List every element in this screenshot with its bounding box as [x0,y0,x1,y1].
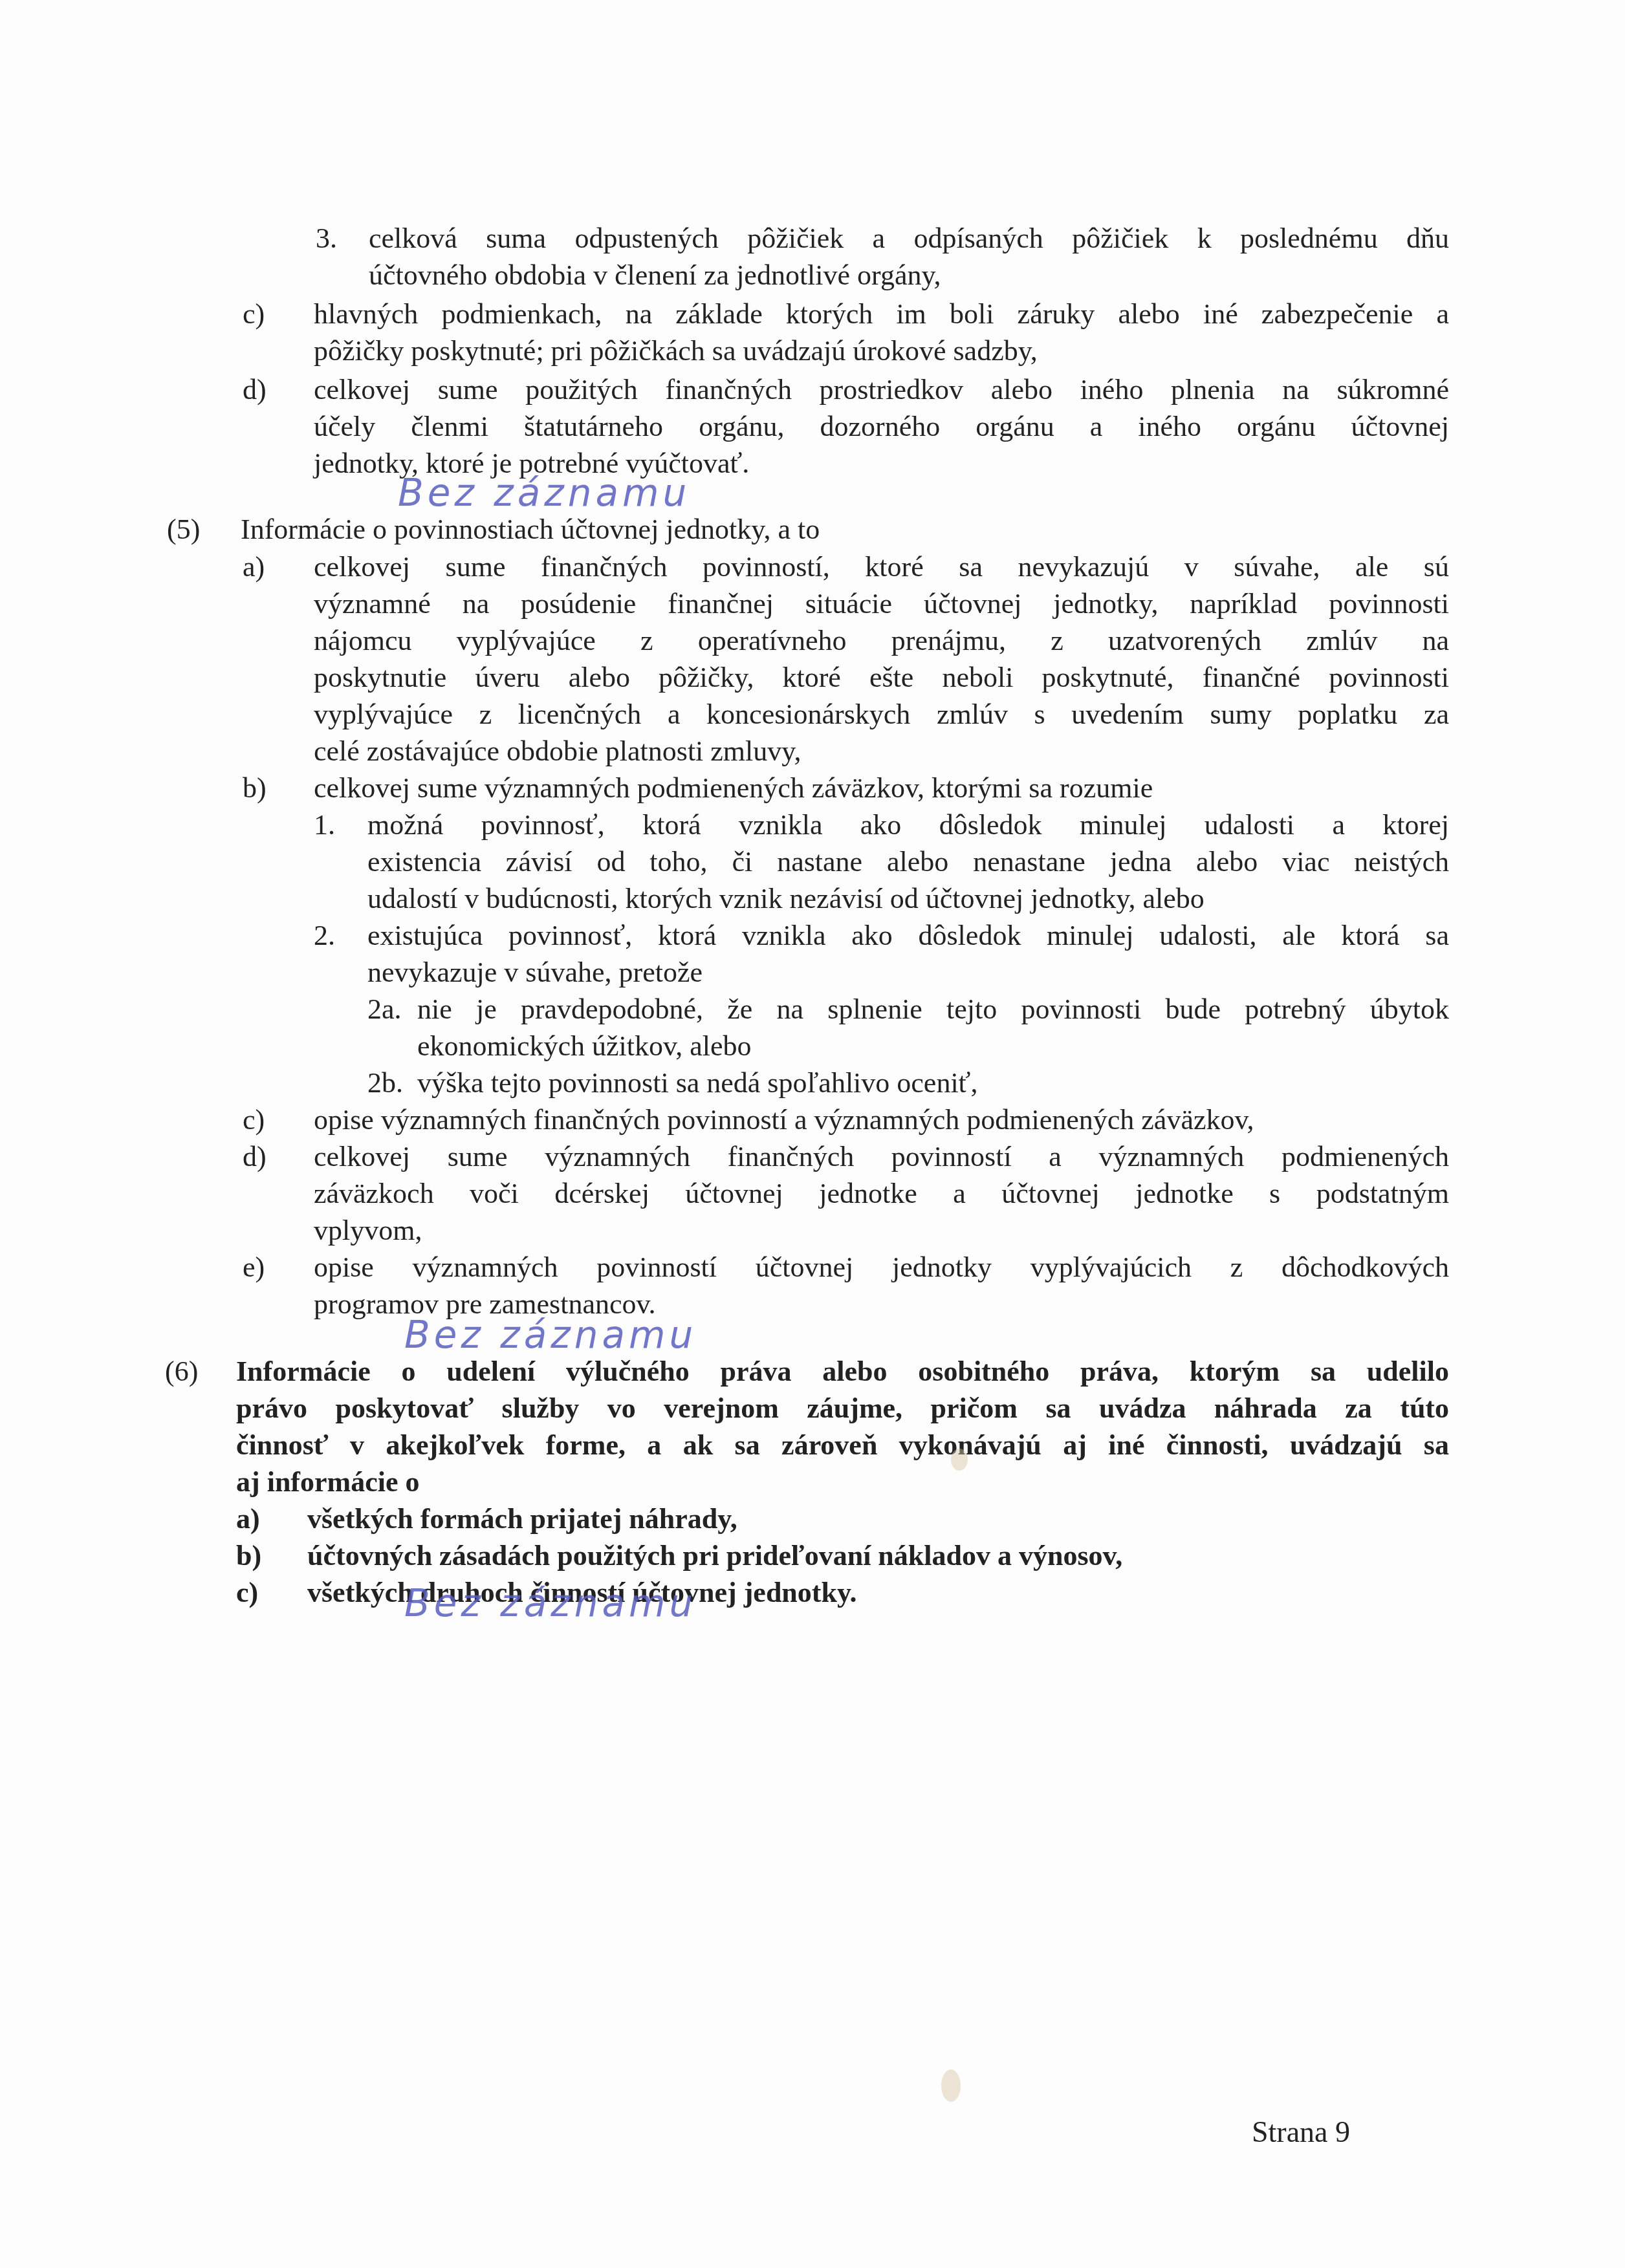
page-number: Strana 9 [1252,2115,1350,2149]
text-line: možná povinnosť, ktorá vznikla ako dôsle… [367,806,1449,843]
text-line: celkovej sume významných podmienených zá… [314,770,1153,806]
text-line: účtovných zásadách použitých pri prideľo… [307,1537,1122,1574]
text-line: opise významných povinností účtovnej jed… [314,1249,1449,1286]
list-marker: 2b. [367,1064,403,1101]
list-marker: b) [243,770,267,806]
list-marker: d) [243,1138,267,1175]
text-line: vyplývajúce z licenčných a koncesionársk… [314,696,1449,733]
list-marker: d) [243,371,267,408]
list-marker: a) [243,548,265,585]
text-line: všetkých formách prijatej náhrady, [307,1500,737,1537]
paper-stain [951,1449,968,1471]
text-line: ekonomických úžitkov, alebo [417,1028,751,1064]
section-heading: Informácie o povinnostiach účtovnej jedn… [241,511,820,548]
text-line: celková suma odpustených pôžičiek a odpí… [369,220,1449,257]
text-line: existujúca povinnosť, ktorá vznikla ako … [367,917,1449,954]
section-heading-line: činnosť v akejkoľvek forme, a ak sa záro… [236,1427,1449,1463]
text-line: účtovného obdobia v členení za jednotliv… [369,257,941,294]
list-marker: a) [236,1500,260,1537]
text-line: celé zostávajúce obdobie platnosti zmluv… [314,733,801,770]
text-line: nájomcu vyplývajúce z operatívneho prená… [314,622,1449,659]
paper-stain [941,2069,961,2102]
handwritten-annotation: Bez záznamu [404,1313,697,1357]
text-line: významné na posúdenie finančnej situácie… [314,585,1449,622]
section-marker: (5) [167,511,200,548]
handwritten-annotation: Bez záznamu [398,471,690,515]
section-marker: (6) [165,1353,198,1390]
section-heading-line: Informácie o udelení výlučného práva ale… [236,1353,1449,1390]
list-marker: c) [236,1574,258,1611]
section-heading-line: právo poskytovať služby vo verejnom záuj… [236,1390,1449,1427]
list-marker: b) [236,1537,261,1574]
text-line: hlavných podmienkach, na základe ktorých… [314,296,1449,332]
text-line: existencia závisí od toho, či nastane al… [367,843,1449,880]
text-line: celkovej sume použitých finančných prost… [314,371,1449,408]
text-line: celkovej sume finančných povinností, kto… [314,548,1449,585]
text-line: poskytnutie úveru alebo pôžičky, ktoré e… [314,659,1449,696]
handwritten-annotation: Bez záznamu [404,1581,697,1625]
list-marker: e) [243,1249,265,1286]
text-line: pôžičky poskytnuté; pri pôžičkách sa uvá… [314,332,1038,369]
text-line: účely členmi štatutárneho orgánu, dozorn… [314,408,1449,445]
list-marker: 2. [314,917,335,954]
text-line: výška tejto povinnosti sa nedá spoľahliv… [417,1064,977,1101]
text-line: udalostí v budúcnosti, ktorých vznik nez… [367,880,1205,917]
text-line: nie je pravdepodobné, že na splnenie tej… [417,991,1449,1028]
text-line: nevykazuje v súvahe, pretože [367,954,703,991]
list-marker: 2a. [367,991,402,1028]
list-marker: 1. [314,806,335,843]
text-line: celkovej sume významných finančných povi… [314,1138,1449,1175]
text-line: vplyvom, [314,1212,422,1249]
list-marker: c) [243,1101,265,1138]
text-line: záväzkoch voči dcérskej účtovnej jednotk… [314,1175,1449,1212]
document-page: 3. celková suma odpustených pôžičiek a o… [0,0,1625,2268]
list-marker: 3. [316,220,337,257]
text-line: opise významných finančných povinností a… [314,1101,1254,1138]
section-heading-line: aj informácie o [236,1463,419,1500]
list-marker: c) [243,296,265,332]
